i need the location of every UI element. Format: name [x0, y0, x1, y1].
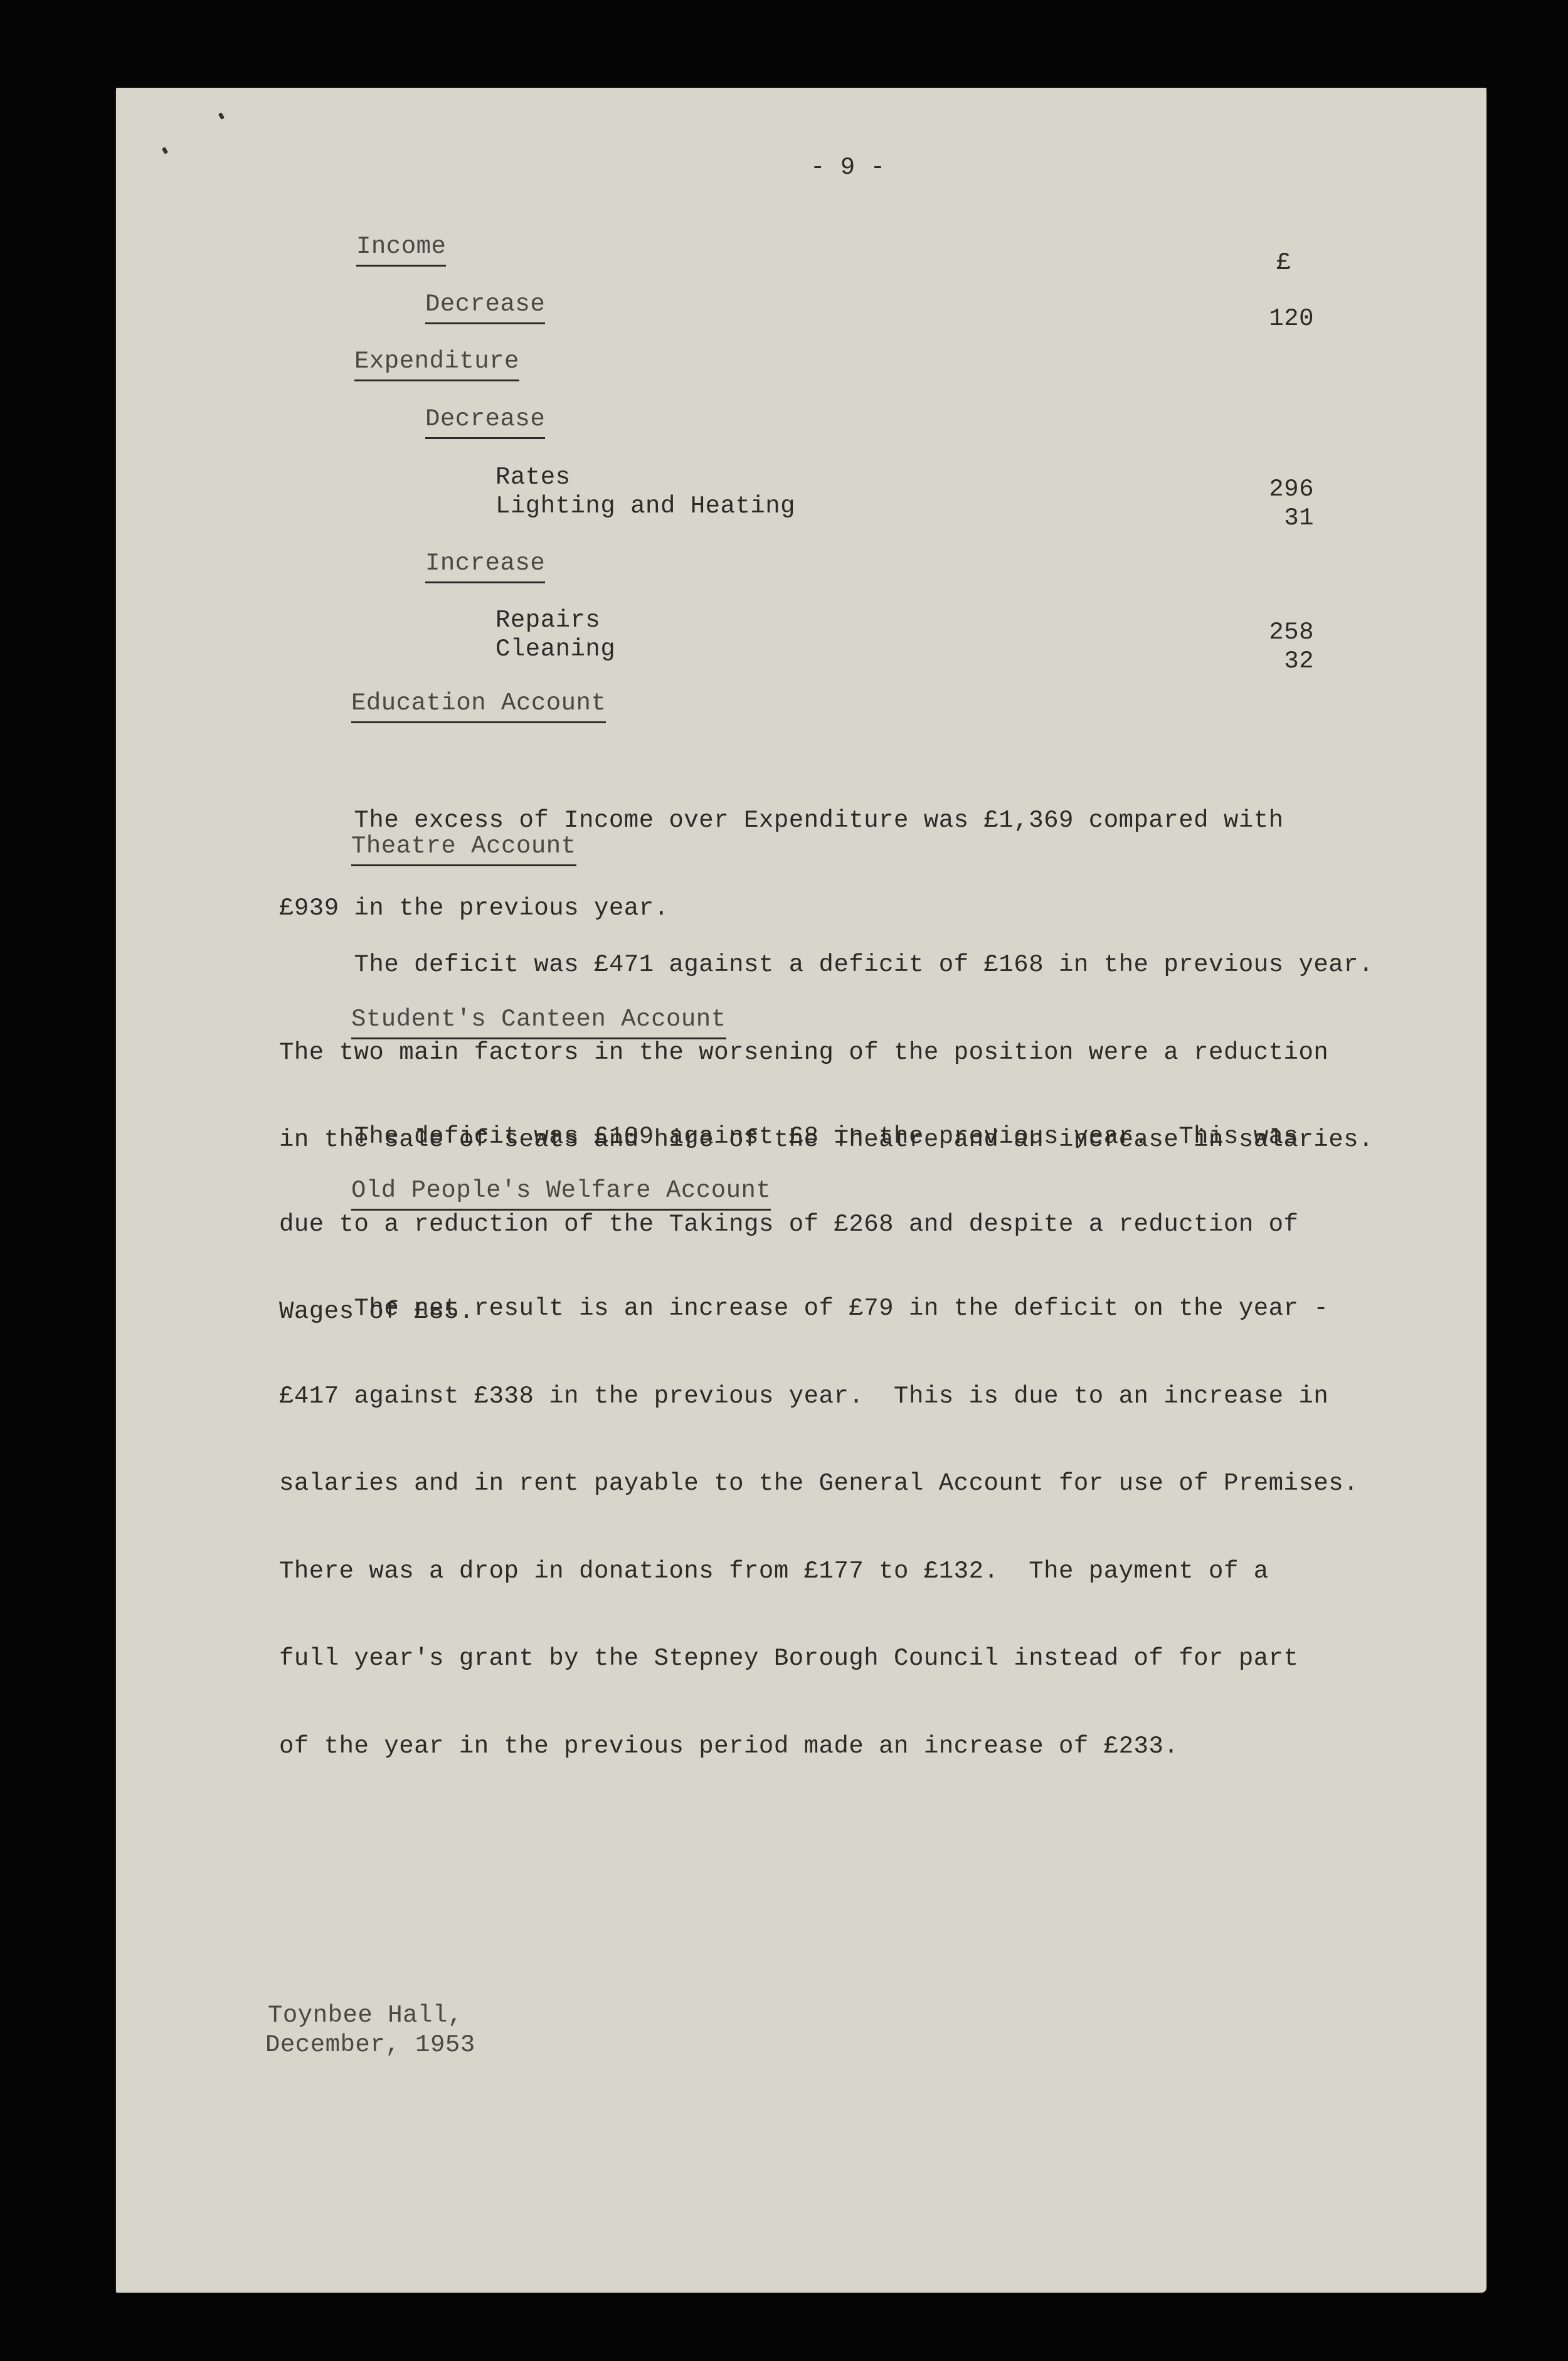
paragraph-line: due to a reduction of the Takings of £26… [279, 1210, 1298, 1239]
paragraph-line: The net result is an increase of £79 in … [279, 1294, 1359, 1324]
income-decrease-label: Decrease [425, 290, 545, 324]
income-heading: Income [356, 232, 446, 267]
section-heading-education: Education Account [351, 689, 606, 723]
staple-mark [162, 147, 168, 154]
income-decrease-value: 120 [1220, 304, 1314, 333]
section-heading-canteen: Student's Canteen Account [351, 1005, 726, 1039]
page-number: - 9 - [810, 153, 886, 182]
expenditure-increase-item-label: Cleaning [495, 635, 615, 664]
paragraph-line: There was a drop in donations from £177 … [279, 1557, 1359, 1586]
currency-header: £ [1276, 248, 1291, 277]
section-heading-welfare: Old People's Welfare Account [351, 1176, 771, 1211]
paragraph-line: £417 against £338 in the previous year. … [279, 1382, 1359, 1411]
section-paragraph-welfare: The net result is an increase of £79 in … [279, 1236, 1359, 1819]
expenditure-increase-item-value: 258 [1220, 618, 1314, 647]
section-heading-theatre: Theatre Account [351, 832, 576, 866]
paragraph-line: of the year in the previous period made … [279, 1732, 1359, 1761]
expenditure-decrease-label: Decrease [425, 405, 545, 439]
paragraph-line: The deficit was £471 against a deficit o… [279, 950, 1374, 980]
paragraph-line: salaries and in rent payable to the Gene… [279, 1469, 1359, 1499]
expenditure-heading: Expenditure [354, 347, 519, 381]
document-page: - 9 - £ Income Decrease 120 Expenditure … [116, 88, 1486, 2293]
footer-date: December, 1953 [265, 2030, 475, 2059]
expenditure-increase-item-label: Repairs [495, 606, 600, 635]
expenditure-decrease-item-label: Lighting and Heating [495, 492, 795, 521]
expenditure-increase-label: Increase [425, 549, 545, 583]
footer-organisation: Toynbee Hall, [268, 2001, 463, 2030]
paragraph-line: full year's grant by the Stepney Borough… [279, 1644, 1359, 1674]
staple-mark [218, 112, 225, 120]
expenditure-decrease-item-value: 296 [1220, 475, 1314, 504]
paragraph-line: The deficit was £109 against £8 in the p… [279, 1122, 1298, 1152]
paragraph-line: The excess of Income over Expenditure wa… [279, 806, 1284, 836]
expenditure-decrease-item-label: Rates [495, 463, 571, 492]
expenditure-decrease-item-value: 31 [1220, 504, 1314, 533]
expenditure-increase-item-value: 32 [1220, 647, 1314, 676]
paragraph-line: The two main factors in the worsening of… [279, 1038, 1374, 1068]
